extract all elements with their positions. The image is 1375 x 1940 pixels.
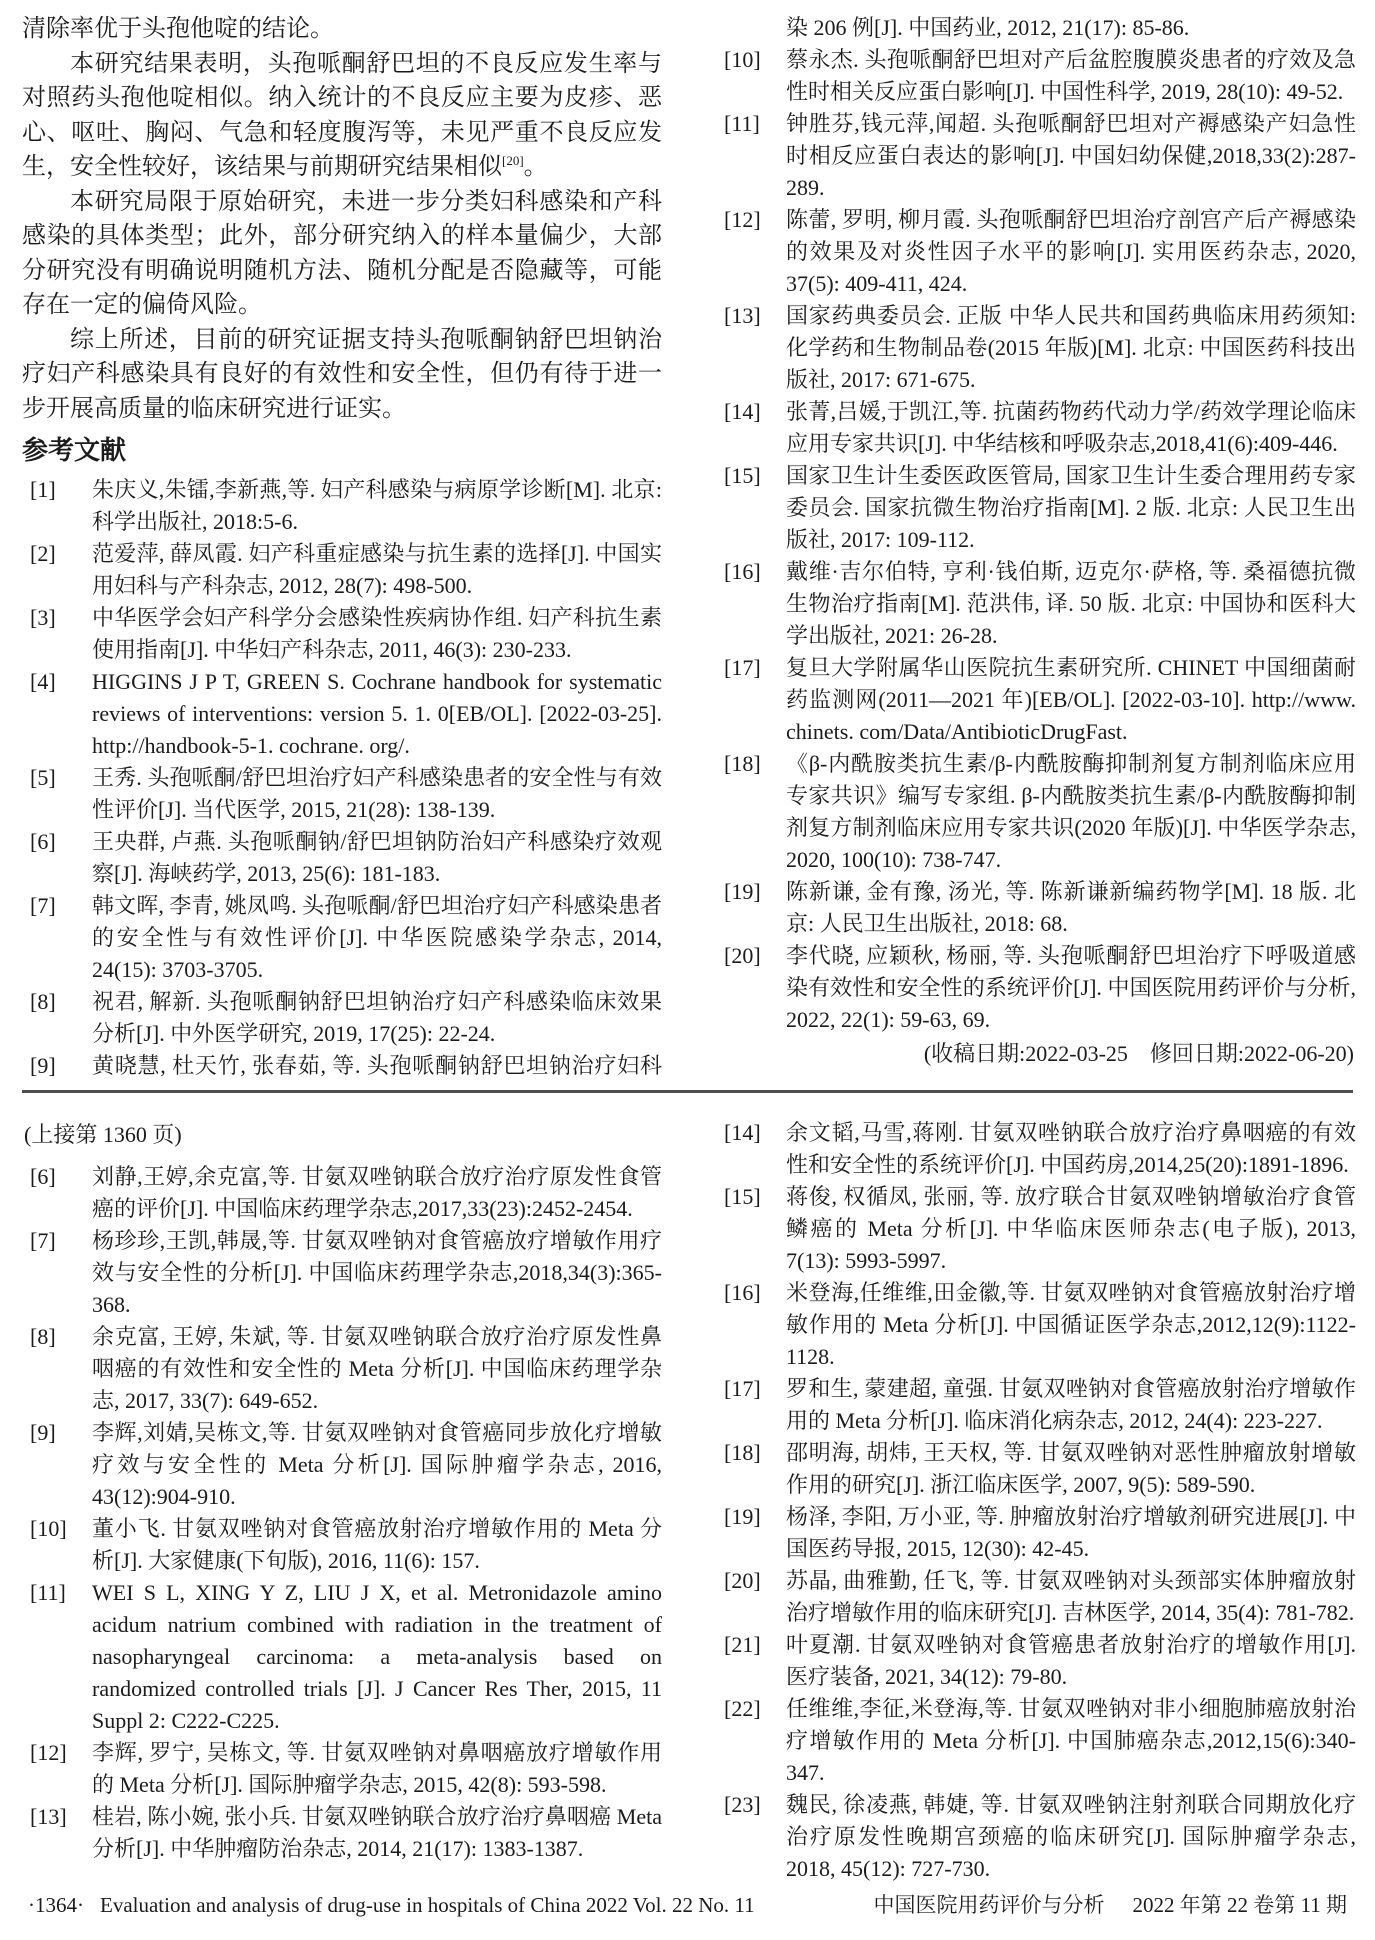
reference-number: [18] (724, 748, 761, 780)
reference-item: [21]叶夏潮. 甘氨双唑钠对食管癌患者放射治疗的增敏作用[J]. 医疗装备, … (716, 1629, 1356, 1693)
reference-number: [20] (724, 940, 761, 972)
reference-text: 复旦大学附属华山医院抗生素研究所. CHINET 中国细菌耐药监测网(2011—… (786, 655, 1356, 744)
reference-item: [7]杨珍珍,王凯,韩晟,等. 甘氨双唑钠对食管癌放疗增敏作用疗效与安全性的分析… (22, 1225, 662, 1321)
reference-continuation-text: 染 206 例[J]. 中国药业, 2012, 21(17): 85-86. (716, 12, 1356, 44)
body-paragraph: 本研究结果表明，头孢哌酮舒巴坦的不良反应发生率与对照药头孢他啶相似。纳入统计的不… (22, 47, 662, 185)
reference-text: 钟胜芬,钱元萍,闻超. 头孢哌酮舒巴坦对产褥感染产妇急性时相反应蛋白表达的影响[… (786, 111, 1356, 200)
reference-number: [10] (30, 1513, 67, 1545)
reference-item: [6]刘静,王婷,余克富,等. 甘氨双唑钠联合放疗治疗原发性食管癌的评价[J].… (22, 1161, 662, 1225)
reference-item: [17]罗和生, 蒙建超, 童强. 甘氨双唑钠对食管癌放射治疗增敏作用的 Met… (716, 1373, 1356, 1437)
citation-superscript: [20] (502, 153, 524, 168)
top-right-column: 染 206 例[J]. 中国药业, 2012, 21(17): 85-86. [… (716, 12, 1356, 1078)
reference-number: [18] (724, 1437, 761, 1469)
reference-number: [17] (724, 652, 761, 684)
reference-text: 蒋俊, 权循凤, 张丽, 等. 放疗联合甘氨双唑钠增敏治疗食管鳞癌的 Meta … (786, 1184, 1356, 1273)
reference-text: 苏晶, 曲雅勤, 任飞, 等. 甘氨双唑钠对头颈部实体肿瘤放射治疗增敏作用的临床… (786, 1568, 1356, 1625)
reference-item: [18]邵明海, 胡炜, 王天权, 等. 甘氨双唑钠对恶性肿瘤放射增敏作用的研究… (716, 1437, 1356, 1501)
reference-text: 韩文晖, 李青, 姚凤鸣. 头孢哌酮/舒巴坦治疗妇产科感染患者的安全性与有效性评… (92, 893, 662, 982)
reference-item: [4]HIGGINS J P T, GREEN S. Cochrane hand… (22, 666, 662, 762)
reference-item: [22]任维维,李征,米登海,等. 甘氨双唑钠对非小细胞肺癌放射治疗增敏作用的 … (716, 1693, 1356, 1789)
reference-text: 杨珍珍,王凯,韩晟,等. 甘氨双唑钠对食管癌放疗增敏作用疗效与安全性的分析[J]… (92, 1228, 662, 1317)
reference-item: [20]苏晶, 曲雅勤, 任飞, 等. 甘氨双唑钠对头颈部实体肿瘤放射治疗增敏作… (716, 1565, 1356, 1629)
reference-text: 余克富, 王婷, 朱斌, 等. 甘氨双唑钠联合放疗治疗原发性鼻咽癌的有效性和安全… (92, 1324, 662, 1413)
references-list-top-left: [1]朱庆义,朱镭,李新燕,等. 妇产科感染与病原学诊断[M]. 北京: 科学出… (22, 474, 662, 1078)
body-paragraph: 本研究局限于原始研究，未进一步分类妇科感染和产科感染的具体类型；此外，部分研究纳… (22, 185, 662, 323)
reference-number: [13] (724, 300, 761, 332)
reference-text: 李辉,刘婧,吴栋文,等. 甘氨双唑钠对食管癌同步放化疗增敏疗效与安全性的 Met… (92, 1420, 662, 1509)
reference-number: [19] (724, 1501, 761, 1533)
footer-right: 中国医院用药评价与分析 2022 年第 22 卷第 11 期 (874, 1890, 1347, 1920)
reference-number: [4] (30, 666, 56, 698)
reference-item: [20]李代晓, 应颖秋, 杨丽, 等. 头孢哌酮舒巴坦治疗下呼吸道感染有效性和… (716, 940, 1356, 1036)
reference-text: 国家卫生计生委医政医管局, 国家卫生计生委合理用药专家委员会. 国家抗微生物治疗… (786, 463, 1356, 552)
reference-number: [16] (724, 556, 761, 588)
reference-text: 戴维·吉尔伯特, 亨利·钱伯斯, 迈克尔·萨格, 等. 桑福德抗微生物治疗指南[… (786, 559, 1356, 648)
reference-number: [13] (30, 1801, 67, 1833)
reference-item: [9]李辉,刘婧,吴栋文,等. 甘氨双唑钠对食管癌同步放化疗增敏疗效与安全性的 … (22, 1417, 662, 1513)
reference-item: [19]陈新谦, 金有豫, 汤光, 等. 陈新谦新编药物学[M]. 18 版. … (716, 876, 1356, 940)
reference-item: [5]王秀. 头孢哌酮/舒巴坦治疗妇产科感染患者的安全性与有效性评价[J]. 当… (22, 762, 662, 826)
continued-article-section: (上接第 1360 页) [6]刘静,王婷,余克富,等. 甘氨双唑钠联合放疗治疗… (0, 1093, 1375, 1883)
reference-number: [12] (724, 204, 761, 236)
reference-number: [17] (724, 1373, 761, 1405)
reference-number: [11] (724, 108, 760, 140)
article-end-section: 清除率优于头孢他啶的结论。本研究结果表明，头孢哌酮舒巴坦的不良反应发生率与对照药… (0, 0, 1375, 1078)
reference-text: 蔡永杰. 头孢哌酮舒巴坦对产后盆腔腹膜炎患者的疗效及急性时相关反应蛋白影响[J]… (786, 47, 1356, 104)
body-paragraph: 综上所述，目前的研究证据支持头孢哌酮钠舒巴坦钠治疗妇产科感染具有良好的有效性和安… (22, 323, 662, 427)
reference-text: 李代晓, 应颖秋, 杨丽, 等. 头孢哌酮舒巴坦治疗下呼吸道感染有效性和安全性的… (786, 943, 1356, 1032)
reference-item: [8]余克富, 王婷, 朱斌, 等. 甘氨双唑钠联合放疗治疗原发性鼻咽癌的有效性… (22, 1321, 662, 1417)
reference-number: [6] (30, 826, 56, 858)
reference-number: [21] (724, 1629, 761, 1661)
journal-page: 清除率优于头孢他啶的结论。本研究结果表明，头孢哌酮舒巴坦的不良反应发生率与对照药… (0, 0, 1375, 1940)
reference-item: [13]桂岩, 陈小婉, 张小兵. 甘氨双唑钠联合放疗治疗鼻咽癌 Meta 分析… (22, 1801, 662, 1865)
reference-item: [9]黄晓慧, 杜天竹, 张春茹, 等. 头孢哌酮钠舒巴坦钠治疗妇科感 (22, 1050, 662, 1078)
reference-text: 桂岩, 陈小婉, 张小兵. 甘氨双唑钠联合放疗治疗鼻咽癌 Meta 分析[J].… (92, 1804, 662, 1861)
bottom-left-column: (上接第 1360 页) [6]刘静,王婷,余克富,等. 甘氨双唑钠联合放疗治疗… (22, 1117, 662, 1883)
article-body: 清除率优于头孢他啶的结论。本研究结果表明，头孢哌酮舒巴坦的不良反应发生率与对照药… (22, 12, 662, 426)
reference-text: 张菁,吕媛,于凯江,等. 抗菌药物药代动力学/药效学理论临床应用专家共识[J].… (786, 399, 1356, 456)
reference-item: [10]董小飞. 甘氨双唑钠对食管癌放射治疗增敏作用的 Meta 分析[J]. … (22, 1513, 662, 1577)
reference-number: [14] (724, 396, 761, 428)
reference-item: [8]祝君, 解新. 头孢哌酮钠舒巴坦钠治疗妇产科感染临床效果分析[J]. 中外… (22, 986, 662, 1050)
reference-item: [10]蔡永杰. 头孢哌酮舒巴坦对产后盆腔腹膜炎患者的疗效及急性时相关反应蛋白影… (716, 44, 1356, 108)
reference-number: [10] (724, 44, 761, 76)
reference-item: [18]《β-内酰胺类抗生素/β-内酰胺酶抑制剂复方制剂临床应用专家共识》编写专… (716, 748, 1356, 876)
journal-title-cn: 中国医院用药评价与分析 (874, 1890, 1105, 1920)
reference-number: [7] (30, 890, 56, 922)
reference-item: [14]余文韬,马雪,蒋刚. 甘氨双唑钠联合放疗治疗鼻咽癌的有效性和安全性的系统… (716, 1117, 1356, 1181)
reference-text: 刘静,王婷,余克富,等. 甘氨双唑钠联合放疗治疗原发性食管癌的评价[J]. 中国… (92, 1164, 662, 1221)
reference-number: [15] (724, 460, 761, 492)
reference-item: [2]范爱萍, 薛凤霞. 妇产科重症感染与抗生素的选择[J]. 中国实用妇科与产… (22, 538, 662, 602)
reference-item: [17]复旦大学附属华山医院抗生素研究所. CHINET 中国细菌耐药监测网(2… (716, 652, 1356, 748)
references-list-top-right: [10]蔡永杰. 头孢哌酮舒巴坦对产后盆腔腹膜炎患者的疗效及急性时相关反应蛋白影… (716, 44, 1356, 1036)
reference-number: [2] (30, 538, 56, 570)
reference-item: [3]中华医学会妇产科学分会感染性疾病协作组. 妇产科抗生素使用指南[J]. 中… (22, 602, 662, 666)
reference-item: [1]朱庆义,朱镭,李新燕,等. 妇产科感染与病原学诊断[M]. 北京: 科学出… (22, 474, 662, 538)
reference-text: 李辉, 罗宁, 吴栋文, 等. 甘氨双唑钠对鼻咽癌放疗增敏作用的 Meta 分析… (92, 1740, 662, 1797)
reference-number: [1] (30, 474, 56, 506)
journal-title-en: Evaluation and analysis of drug-use in h… (100, 1890, 755, 1920)
reference-text: 范爱萍, 薛凤霞. 妇产科重症感染与抗生素的选择[J]. 中国实用妇科与产科杂志… (92, 541, 662, 598)
reference-number: [19] (724, 876, 761, 908)
reference-text: 罗和生, 蒙建超, 童强. 甘氨双唑钠对食管癌放射治疗增敏作用的 Meta 分析… (786, 1376, 1356, 1433)
reference-text: 叶夏潮. 甘氨双唑钠对食管癌患者放射治疗的增敏作用[J]. 医疗装备, 2021… (786, 1632, 1356, 1689)
reference-item: [14]张菁,吕媛,于凯江,等. 抗菌药物药代动力学/药效学理论临床应用专家共识… (716, 396, 1356, 460)
reference-item: [23]魏民, 徐凌燕, 韩婕, 等. 甘氨双唑钠注射剂联合同期放化疗治疗原发性… (716, 1789, 1356, 1883)
reference-text: 王秀. 头孢哌酮/舒巴坦治疗妇产科感染患者的安全性与有效性评价[J]. 当代医学… (92, 765, 662, 822)
reference-number: [8] (30, 1321, 56, 1353)
received-revised-dates: (收稿日期:2022-03-25 修回日期:2022-06-20) (716, 1038, 1356, 1070)
reference-number: [23] (724, 1789, 761, 1821)
body-paragraph: 清除率优于头孢他啶的结论。 (22, 12, 662, 47)
reference-text: 陈蕾, 罗明, 柳月霞. 头孢哌酮舒巴坦治疗剖宫产后产褥感染的效果及对炎性因子水… (786, 207, 1356, 296)
reference-item: [12]陈蕾, 罗明, 柳月霞. 头孢哌酮舒巴坦治疗剖宫产后产褥感染的效果及对炎… (716, 204, 1356, 300)
top-left-column: 清除率优于头孢他啶的结论。本研究结果表明，头孢哌酮舒巴坦的不良反应发生率与对照药… (22, 12, 662, 1078)
reference-number: [9] (30, 1417, 56, 1449)
reference-item: [13]国家药典委员会. 正版 中华人民共和国药典临床用药须知: 化学药和生物制… (716, 300, 1356, 396)
reference-number: [20] (724, 1565, 761, 1597)
reference-item: [19]杨泽, 李阳, 万小亚, 等. 肿瘤放射治疗增敏剂研究进展[J]. 中国… (716, 1501, 1356, 1565)
reference-text: 祝君, 解新. 头孢哌酮钠舒巴坦钠治疗妇产科感染临床效果分析[J]. 中外医学研… (92, 989, 662, 1046)
reference-text: 国家药典委员会. 正版 中华人民共和国药典临床用药须知: 化学药和生物制品卷(2… (786, 303, 1356, 392)
reference-number: [8] (30, 986, 56, 1018)
reference-number: [11] (30, 1577, 66, 1609)
reference-item: [12]李辉, 罗宁, 吴栋文, 等. 甘氨双唑钠对鼻咽癌放疗增敏作用的 Met… (22, 1737, 662, 1801)
reference-item: [15]蒋俊, 权循凤, 张丽, 等. 放疗联合甘氨双唑钠增敏治疗食管鳞癌的 M… (716, 1181, 1356, 1277)
reference-item: [16]米登海,任维维,田金徽,等. 甘氨双唑钠对食管癌放射治疗增敏作用的 Me… (716, 1277, 1356, 1373)
reference-text: 中华医学会妇产科学分会感染性疾病协作组. 妇产科抗生素使用指南[J]. 中华妇产… (92, 605, 662, 662)
reference-number: [3] (30, 602, 56, 634)
reference-number: [15] (724, 1181, 761, 1213)
reference-number: [6] (30, 1161, 56, 1193)
reference-item: [16]戴维·吉尔伯特, 亨利·钱伯斯, 迈克尔·萨格, 等. 桑福德抗微生物治… (716, 556, 1356, 652)
reference-text: WEI S L, XING Y Z, LIU J X, et al. Metro… (92, 1580, 662, 1733)
reference-text: 《β-内酰胺类抗生素/β-内酰胺酶抑制剂复方制剂临床应用专家共识》编写专家组. … (786, 751, 1356, 872)
reference-text: 朱庆义,朱镭,李新燕,等. 妇产科感染与病原学诊断[M]. 北京: 科学出版社,… (92, 477, 662, 534)
reference-number: [9] (30, 1050, 56, 1078)
bottom-right-column: [14]余文韬,马雪,蒋刚. 甘氨双唑钠联合放疗治疗鼻咽癌的有效性和安全性的系统… (716, 1117, 1356, 1883)
reference-number: [14] (724, 1117, 761, 1149)
reference-number: [12] (30, 1737, 67, 1769)
reference-item: [11]钟胜芬,钱元萍,闻超. 头孢哌酮舒巴坦对产褥感染产妇急性时相反应蛋白表达… (716, 108, 1356, 204)
issue-info-cn: 2022 年第 22 卷第 11 期 (1133, 1890, 1347, 1920)
reference-text: 董小飞. 甘氨双唑钠对食管癌放射治疗增敏作用的 Meta 分析[J]. 大家健康… (92, 1516, 662, 1573)
reference-number: [16] (724, 1277, 761, 1309)
footer-left: ·1364· Evaluation and analysis of drug-u… (28, 1890, 755, 1920)
reference-number: [7] (30, 1225, 56, 1257)
page-footer: ·1364· Evaluation and analysis of drug-u… (0, 1890, 1375, 1920)
reference-text: 余文韬,马雪,蒋刚. 甘氨双唑钠联合放疗治疗鼻咽癌的有效性和安全性的系统评价[J… (786, 1120, 1356, 1177)
continued-from-note: (上接第 1360 页) (24, 1119, 662, 1151)
page-number: ·1364· (28, 1890, 84, 1920)
reference-text: HIGGINS J P T, GREEN S. Cochrane handboo… (92, 669, 662, 758)
reference-text: 邵明海, 胡炜, 王天权, 等. 甘氨双唑钠对恶性肿瘤放射增敏作用的研究[J].… (786, 1440, 1356, 1497)
reference-item: [6]王央群, 卢燕. 头孢哌酮钠/舒巴坦钠防治妇产科感染疗效观察[J]. 海峡… (22, 826, 662, 890)
reference-item: [11]WEI S L, XING Y Z, LIU J X, et al. M… (22, 1577, 662, 1737)
reference-text: 黄晓慧, 杜天竹, 张春茹, 等. 头孢哌酮钠舒巴坦钠治疗妇科感 (92, 1053, 662, 1078)
references-list-continued-left: [6]刘静,王婷,余克富,等. 甘氨双唑钠联合放疗治疗原发性食管癌的评价[J].… (22, 1161, 662, 1865)
reference-number: [22] (724, 1693, 761, 1725)
reference-text: 陈新谦, 金有豫, 汤光, 等. 陈新谦新编药物学[M]. 18 版. 北京: … (786, 879, 1356, 936)
references-heading: 参考文献 (22, 432, 662, 468)
reference-text: 任维维,李征,米登海,等. 甘氨双唑钠对非小细胞肺癌放射治疗增敏作用的 Meta… (786, 1696, 1356, 1785)
references-list-continued-right: [14]余文韬,马雪,蒋刚. 甘氨双唑钠联合放疗治疗鼻咽癌的有效性和安全性的系统… (716, 1117, 1356, 1883)
reference-item: [15]国家卫生计生委医政医管局, 国家卫生计生委合理用药专家委员会. 国家抗微… (716, 460, 1356, 556)
reference-text: 杨泽, 李阳, 万小亚, 等. 肿瘤放射治疗增敏剂研究进展[J]. 中国医药导报… (786, 1504, 1356, 1561)
reference-item: [7]韩文晖, 李青, 姚凤鸣. 头孢哌酮/舒巴坦治疗妇产科感染患者的安全性与有… (22, 890, 662, 986)
reference-text: 王央群, 卢燕. 头孢哌酮钠/舒巴坦钠防治妇产科感染疗效观察[J]. 海峡药学,… (92, 829, 662, 886)
reference-text: 魏民, 徐凌燕, 韩婕, 等. 甘氨双唑钠注射剂联合同期放化疗治疗原发性晚期宫颈… (786, 1792, 1356, 1881)
reference-text: 米登海,任维维,田金徽,等. 甘氨双唑钠对食管癌放射治疗增敏作用的 Meta 分… (786, 1280, 1356, 1369)
reference-number: [5] (30, 762, 56, 794)
